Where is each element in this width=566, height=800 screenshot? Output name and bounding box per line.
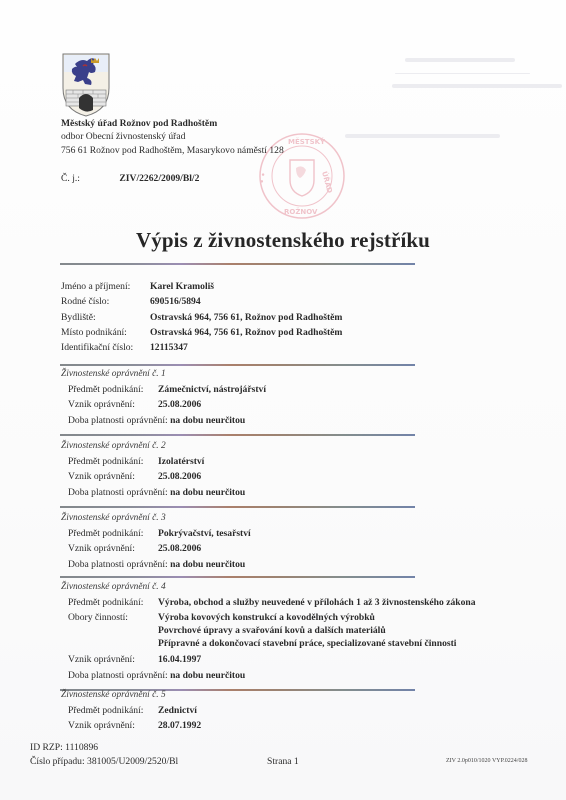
document-title: Výpis z živnostenského rejstříku [0,228,566,253]
license-field-row: Povrchové úpravy a svařování kovů a dalš… [68,625,386,636]
license-title: Živnostenské oprávnění č. 3 [61,513,166,523]
field-label: Rodné číslo: [61,296,150,307]
field-label: Identifikační číslo: [61,342,150,353]
person-row: Rodné číslo:690516/5894 [61,296,201,307]
license-validity-row: Doba platnosti oprávnění: na dobu neurči… [68,559,245,570]
field-label: Vznik oprávnění: [68,654,158,665]
field-label: Předmět podnikání: [68,528,158,539]
field-value: Přípravné a dokončovací stavební práce, … [158,638,456,649]
official-stamp-icon: MĚSTSKÝ ÚŘAD ROŽNOV • • [258,132,346,220]
field-value: Ostravská 964, 756 61, Rožnov pod Radhoš… [150,327,342,338]
field-label: Místo podnikání: [61,327,150,338]
person-row: Identifikační číslo:12115347 [61,342,188,353]
show-through-text [345,134,500,138]
license-origin-row: Vznik oprávnění:25.08.2006 [68,399,201,410]
page-number: Strana 1 [267,756,299,767]
field-value: Zámečnictví, nástrojářství [158,384,266,395]
field-value: na dobu neurčitou [170,670,245,681]
field-label: Vznik oprávnění: [68,399,158,410]
show-through-rule [395,73,530,74]
field-label: Doba platnosti oprávnění: [68,559,168,570]
field-value: 25.08.2006 [158,543,201,554]
field-value: Zednictví [158,705,197,716]
document-page: Městský úřad Rožnov pod Radhoštěm odbor … [0,0,566,800]
field-value: 25.08.2006 [158,399,201,410]
license-subject-row: Předmět podnikání:Zámečnictví, nástrojář… [68,384,266,395]
license-origin-row: Vznik oprávnění:25.08.2006 [68,543,201,554]
office-address: 756 61 Rožnov pod Radhoštěm, Masarykovo … [61,144,284,157]
rzp-id: ID RZP: 1110896 [30,742,98,753]
field-value: 25.08.2006 [158,471,201,482]
field-value: 690516/5894 [150,296,201,307]
svg-text:• •: • • [258,172,268,185]
license-subject-row: Předmět podnikání:Zednictví [68,705,197,716]
field-label: Bydliště: [61,312,150,323]
field-value: na dobu neurčitou [170,559,245,570]
field-value: 28.07.1992 [158,720,201,731]
divider [60,576,415,578]
reference-number: Č. j.: ZIV/2262/2009/Bl/2 [61,173,199,184]
coat-of-arms-icon [61,52,111,118]
license-title: Živnostenské oprávnění č. 1 [61,369,166,379]
divider [60,263,415,265]
license-title: Živnostenské oprávnění č. 4 [61,582,166,592]
field-label: Jméno a příjmení: [61,281,150,292]
field-value: Ostravská 964, 756 61, Rožnov pod Radhoš… [150,312,342,323]
field-value: 12115347 [150,342,188,353]
divider [60,506,415,508]
case-number: Číslo případu: 381005/U2009/2520/Bl [30,756,178,767]
field-label: Vznik oprávnění: [68,471,158,482]
field-label: Předmět podnikání: [68,456,158,467]
field-value: 16.04.1997 [158,654,201,665]
license-field-row: Přípravné a dokončovací stavební práce, … [68,638,456,649]
office-name: Městský úřad Rožnov pod Radhoštěm [61,117,284,130]
form-code: ZIV 2.0p010/1020 VYP.0224/028 [446,758,527,764]
field-label: Předmět podnikání: [68,597,158,608]
field-label: Vznik oprávnění: [68,720,158,731]
license-title: Živnostenské oprávnění č. 5 [61,690,166,700]
reference-value: ZIV/2262/2009/Bl/2 [119,173,199,184]
office-department: odbor Obecní živnostenský úřad [61,130,284,143]
license-validity-row: Doba platnosti oprávnění: na dobu neurči… [68,415,245,426]
field-value: Izolatérství [158,456,204,467]
field-value: na dobu neurčitou [170,415,245,426]
svg-text:ROŽNOV: ROŽNOV [284,207,318,216]
person-row: Místo podnikání:Ostravská 964, 756 61, R… [61,327,342,338]
license-field-row: Obory činností:Výroba kovových konstrukc… [68,612,375,623]
reference-label: Č. j.: [61,173,117,184]
field-value: Výroba, obchod a služby neuvedené v příl… [158,597,476,608]
license-subject-row: Předmět podnikání:Pokrývačství, tesařstv… [68,528,251,539]
license-subject-row: Předmět podnikání:Výroba, obchod a služb… [68,597,476,608]
license-origin-row: Vznik oprávnění:25.08.2006 [68,471,201,482]
field-label: Doba platnosti oprávnění: [68,415,168,426]
person-row: Jméno a příjmení:Karel Kramoliš [61,281,214,292]
field-label: Doba platnosti oprávnění: [68,487,168,498]
divider [60,434,415,436]
field-label: Předmět podnikání: [68,705,158,716]
license-title: Živnostenské oprávnění č. 2 [61,441,166,451]
issuing-office: Městský úřad Rožnov pod Radhoštěm odbor … [61,117,284,157]
license-subject-row: Předmět podnikání:Izolatérství [68,456,204,467]
license-origin-row: Vznik oprávnění:16.04.1997 [68,654,201,665]
field-value: Povrchové úpravy a svařování kovů a dalš… [158,625,386,636]
field-value: Pokrývačství, tesařství [158,528,251,539]
svg-text:MĚSTSKÝ: MĚSTSKÝ [288,137,326,146]
license-validity-row: Doba platnosti oprávnění: na dobu neurči… [68,487,245,498]
person-row: Bydliště:Ostravská 964, 756 61, Rožnov p… [61,312,342,323]
show-through-text [392,84,562,88]
field-value: Karel Kramoliš [150,281,214,292]
field-label: Vznik oprávnění: [68,543,158,554]
field-value: na dobu neurčitou [170,487,245,498]
field-label: Doba platnosti oprávnění: [68,670,168,681]
license-validity-row: Doba platnosti oprávnění: na dobu neurči… [68,670,245,681]
field-value: Výroba kovových konstrukcí a kovodělných… [158,612,375,623]
field-label: Předmět podnikání: [68,384,158,395]
divider [60,364,415,366]
license-origin-row: Vznik oprávnění:28.07.1992 [68,720,201,731]
field-label: Obory činností: [68,612,158,623]
show-through-text [405,58,515,62]
